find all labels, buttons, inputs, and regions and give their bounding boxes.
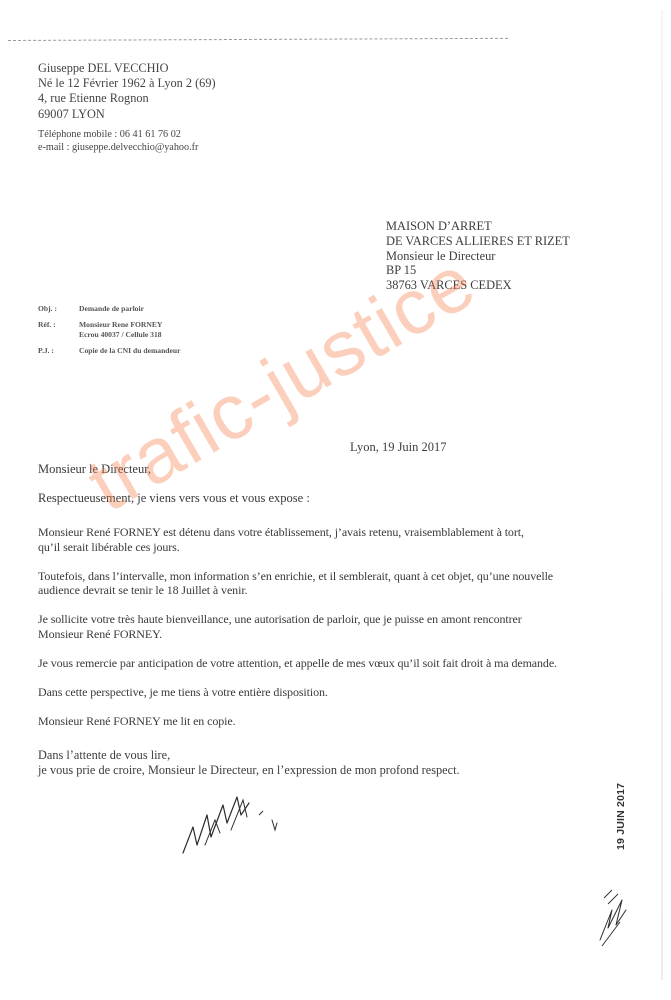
handwritten-signature xyxy=(175,775,285,860)
recipient-line: Monsieur le Directeur xyxy=(386,249,570,264)
sender-contact: Téléphone mobile : 06 41 61 76 02 e-mail… xyxy=(38,128,216,154)
references-block: Obj. : Demande de parloir Réf. : Monsieu… xyxy=(38,304,180,361)
reference-value: Monsieur Rene FORNEY Ecrou 40037 / Cellu… xyxy=(79,320,162,341)
body-paragraph: Monsieur René FORNEY est détenu dans vot… xyxy=(38,525,668,554)
sender-block: Giuseppe DEL VECCHIO Né le 12 Février 19… xyxy=(38,61,216,154)
reference-value: Copie de la CNI du demandeur xyxy=(79,346,180,357)
scan-edge-shadow xyxy=(661,10,663,980)
sender-birth: Né le 12 Février 1962 à Lyon 2 (69) xyxy=(38,76,216,91)
sender-email: e-mail : giuseppe.delvecchio@yahoo.fr xyxy=(38,141,216,154)
reference-label: Obj. : xyxy=(38,304,79,315)
reference-value: Demande de parloir xyxy=(79,304,144,315)
recipient-line: MAISON D’ARRET xyxy=(386,219,570,234)
salutation: Monsieur le Directeur, xyxy=(38,462,151,477)
sender-name: Giuseppe DEL VECCHIO xyxy=(38,61,216,76)
letter-body: Monsieur René FORNEY est détenu dans vot… xyxy=(38,525,668,743)
recipient-block: MAISON D’ARRET DE VARCES ALLIERES ET RIZ… xyxy=(386,219,570,293)
scan-edge-line xyxy=(8,38,508,41)
recipient-line: 38763 VARCES CEDEX xyxy=(386,278,570,293)
body-paragraph: Dans cette perspective, je me tiens à vo… xyxy=(38,685,668,700)
reference-attachment: P.J. : Copie de la CNI du demandeur xyxy=(38,346,180,357)
body-paragraph: Toutefois, dans l’intervalle, mon inform… xyxy=(38,569,668,598)
intro-line: Respectueusement, je viens vers vous et … xyxy=(38,491,310,506)
handwritten-initials xyxy=(596,880,631,950)
reference-label: P.J. : xyxy=(38,346,79,357)
reference-ref: Réf. : Monsieur Rene FORNEY Ecrou 40037 … xyxy=(38,320,180,341)
body-paragraph: Je sollicite votre très haute bienveilla… xyxy=(38,612,668,641)
recipient-line: BP 15 xyxy=(386,263,570,278)
body-paragraph: Monsieur René FORNEY me lit en copie. xyxy=(38,714,668,729)
recipient-line: DE VARCES ALLIERES ET RIZET xyxy=(386,234,570,249)
letter-date: Lyon, 19 Juin 2017 xyxy=(350,440,447,455)
closing-line: Dans l’attente de vous lire, xyxy=(38,748,460,763)
reference-label: Réf. : xyxy=(38,320,79,341)
sender-city: 69007 LYON xyxy=(38,107,216,122)
closing-block: Dans l’attente de vous lire, je vous pri… xyxy=(38,748,460,777)
received-date-stamp: 19 JUIN 2017 xyxy=(615,783,627,850)
sender-street: 4, rue Etienne Rognon xyxy=(38,91,216,106)
sender-phone: Téléphone mobile : 06 41 61 76 02 xyxy=(38,128,216,141)
body-paragraph: Je vous remercie par anticipation de vot… xyxy=(38,656,668,671)
reference-object: Obj. : Demande de parloir xyxy=(38,304,180,315)
